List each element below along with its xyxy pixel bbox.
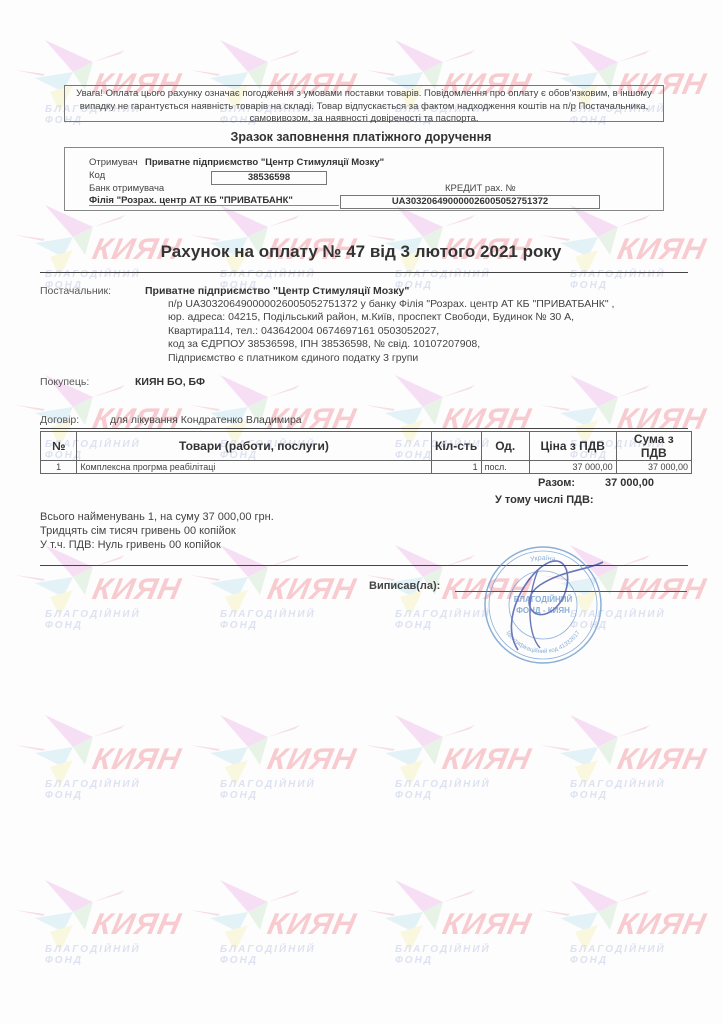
- supplier-details: п/р UA303206490000026005052751372 у банк…: [168, 298, 614, 365]
- supplier-name: Приватне підприємство "Центр Стимуляції …: [145, 285, 409, 297]
- supplier-detail-line: код за ЄДРПОУ 38536598, ІПН 38536598, № …: [168, 338, 614, 351]
- payment-sample-box: Отримувач Приватне підприємство "Центр С…: [64, 147, 664, 211]
- stamp-seal: Україна Ідентифікаційний код 41332617 БЛ…: [478, 540, 608, 670]
- items-table-header: № Товари (работи, послуги) Кіл-сть Од. Ц…: [41, 432, 692, 461]
- contract-divider: [40, 428, 688, 429]
- col-goods: Товари (работи, послуги): [77, 432, 431, 461]
- cell-quantity: 1: [431, 461, 481, 474]
- bank-label: Банк отримувача: [89, 183, 164, 194]
- items-table: № Товари (работи, послуги) Кіл-сть Од. Ц…: [40, 431, 692, 474]
- svg-text:ФОНД - КИЯН: ФОНД - КИЯН: [516, 606, 570, 615]
- recipient-label: Отримувач: [89, 157, 138, 168]
- supplier-detail-line: Квартира114, тел.: 043642004 0674697161 …: [168, 325, 614, 338]
- summary-amount-words: Тридцять сім тисяч гривень 00 копійок: [40, 524, 274, 538]
- summary-vat-words: У т.ч. ПДВ: Нуль гривень 00 копійок: [40, 538, 274, 552]
- buyer-label: Покупець:: [40, 376, 89, 388]
- contract-label: Договір:: [40, 414, 79, 426]
- invoice-document: Увага! Оплата цього рахунку означає пого…: [0, 0, 722, 1024]
- credit-label: КРЕДИТ рах. №: [445, 183, 516, 194]
- total-value: 37 000,00: [605, 477, 654, 489]
- supplier-detail-line: п/р UA303206490000026005052751372 у банк…: [168, 298, 614, 311]
- bank-underline: [89, 205, 339, 206]
- supplier-detail-line: Підприємство є платником єдиного податку…: [168, 352, 614, 365]
- invoice-title: Рахунок на оплату № 47 від 3 лютого 2021…: [0, 242, 722, 262]
- cell-goods: Комплексна прогрма реабілітаці: [77, 461, 431, 474]
- buyer-name: КИЯН БО, БФ: [135, 376, 205, 388]
- contract-value: для лікування Кондратенко Владимира: [110, 414, 302, 426]
- cell-sum: 37 000,00: [616, 461, 691, 474]
- col-sum: Сума з ПДВ: [616, 432, 691, 461]
- payment-notice: Увага! Оплата цього рахунку означає пого…: [64, 85, 664, 122]
- recipient-value: Приватне підприємство "Центр Стимуляції …: [145, 157, 384, 168]
- vat-label: У тому числі ПДВ:: [495, 494, 594, 506]
- credit-account-value: UA303206490000026005052751372: [340, 195, 600, 209]
- table-row: 1 Комплексна прогрма реабілітаці 1 посл.…: [41, 461, 692, 474]
- code-label: Код: [89, 170, 105, 181]
- code-value: 38536598: [211, 171, 327, 185]
- stamp-icon: Україна Ідентифікаційний код 41332617 БЛ…: [478, 540, 608, 670]
- signed-by-label: Виписав(ла):: [369, 580, 440, 592]
- summary-items-count: Всього найменувань 1, на суму 37 000,00 …: [40, 510, 274, 524]
- supplier-label: Постачальник:: [40, 285, 111, 297]
- col-number: №: [41, 432, 77, 461]
- payment-sample-title: Зразок заповнення платіжного доручення: [0, 130, 722, 144]
- total-label: Разом:: [538, 477, 575, 489]
- cell-unit: посл.: [481, 461, 529, 474]
- col-unit: Од.: [481, 432, 529, 461]
- title-divider: [40, 272, 688, 273]
- supplier-detail-line: юр. адреса: 04215, Подільський район, м.…: [168, 311, 614, 324]
- cell-price: 37 000,00: [529, 461, 616, 474]
- summary-block: Всього найменувань 1, на суму 37 000,00 …: [40, 510, 274, 552]
- col-quantity: Кіл-сть: [431, 432, 481, 461]
- cell-number: 1: [41, 461, 77, 474]
- svg-text:Україна: Україна: [530, 555, 557, 564]
- col-price: Ціна з ПДВ: [529, 432, 616, 461]
